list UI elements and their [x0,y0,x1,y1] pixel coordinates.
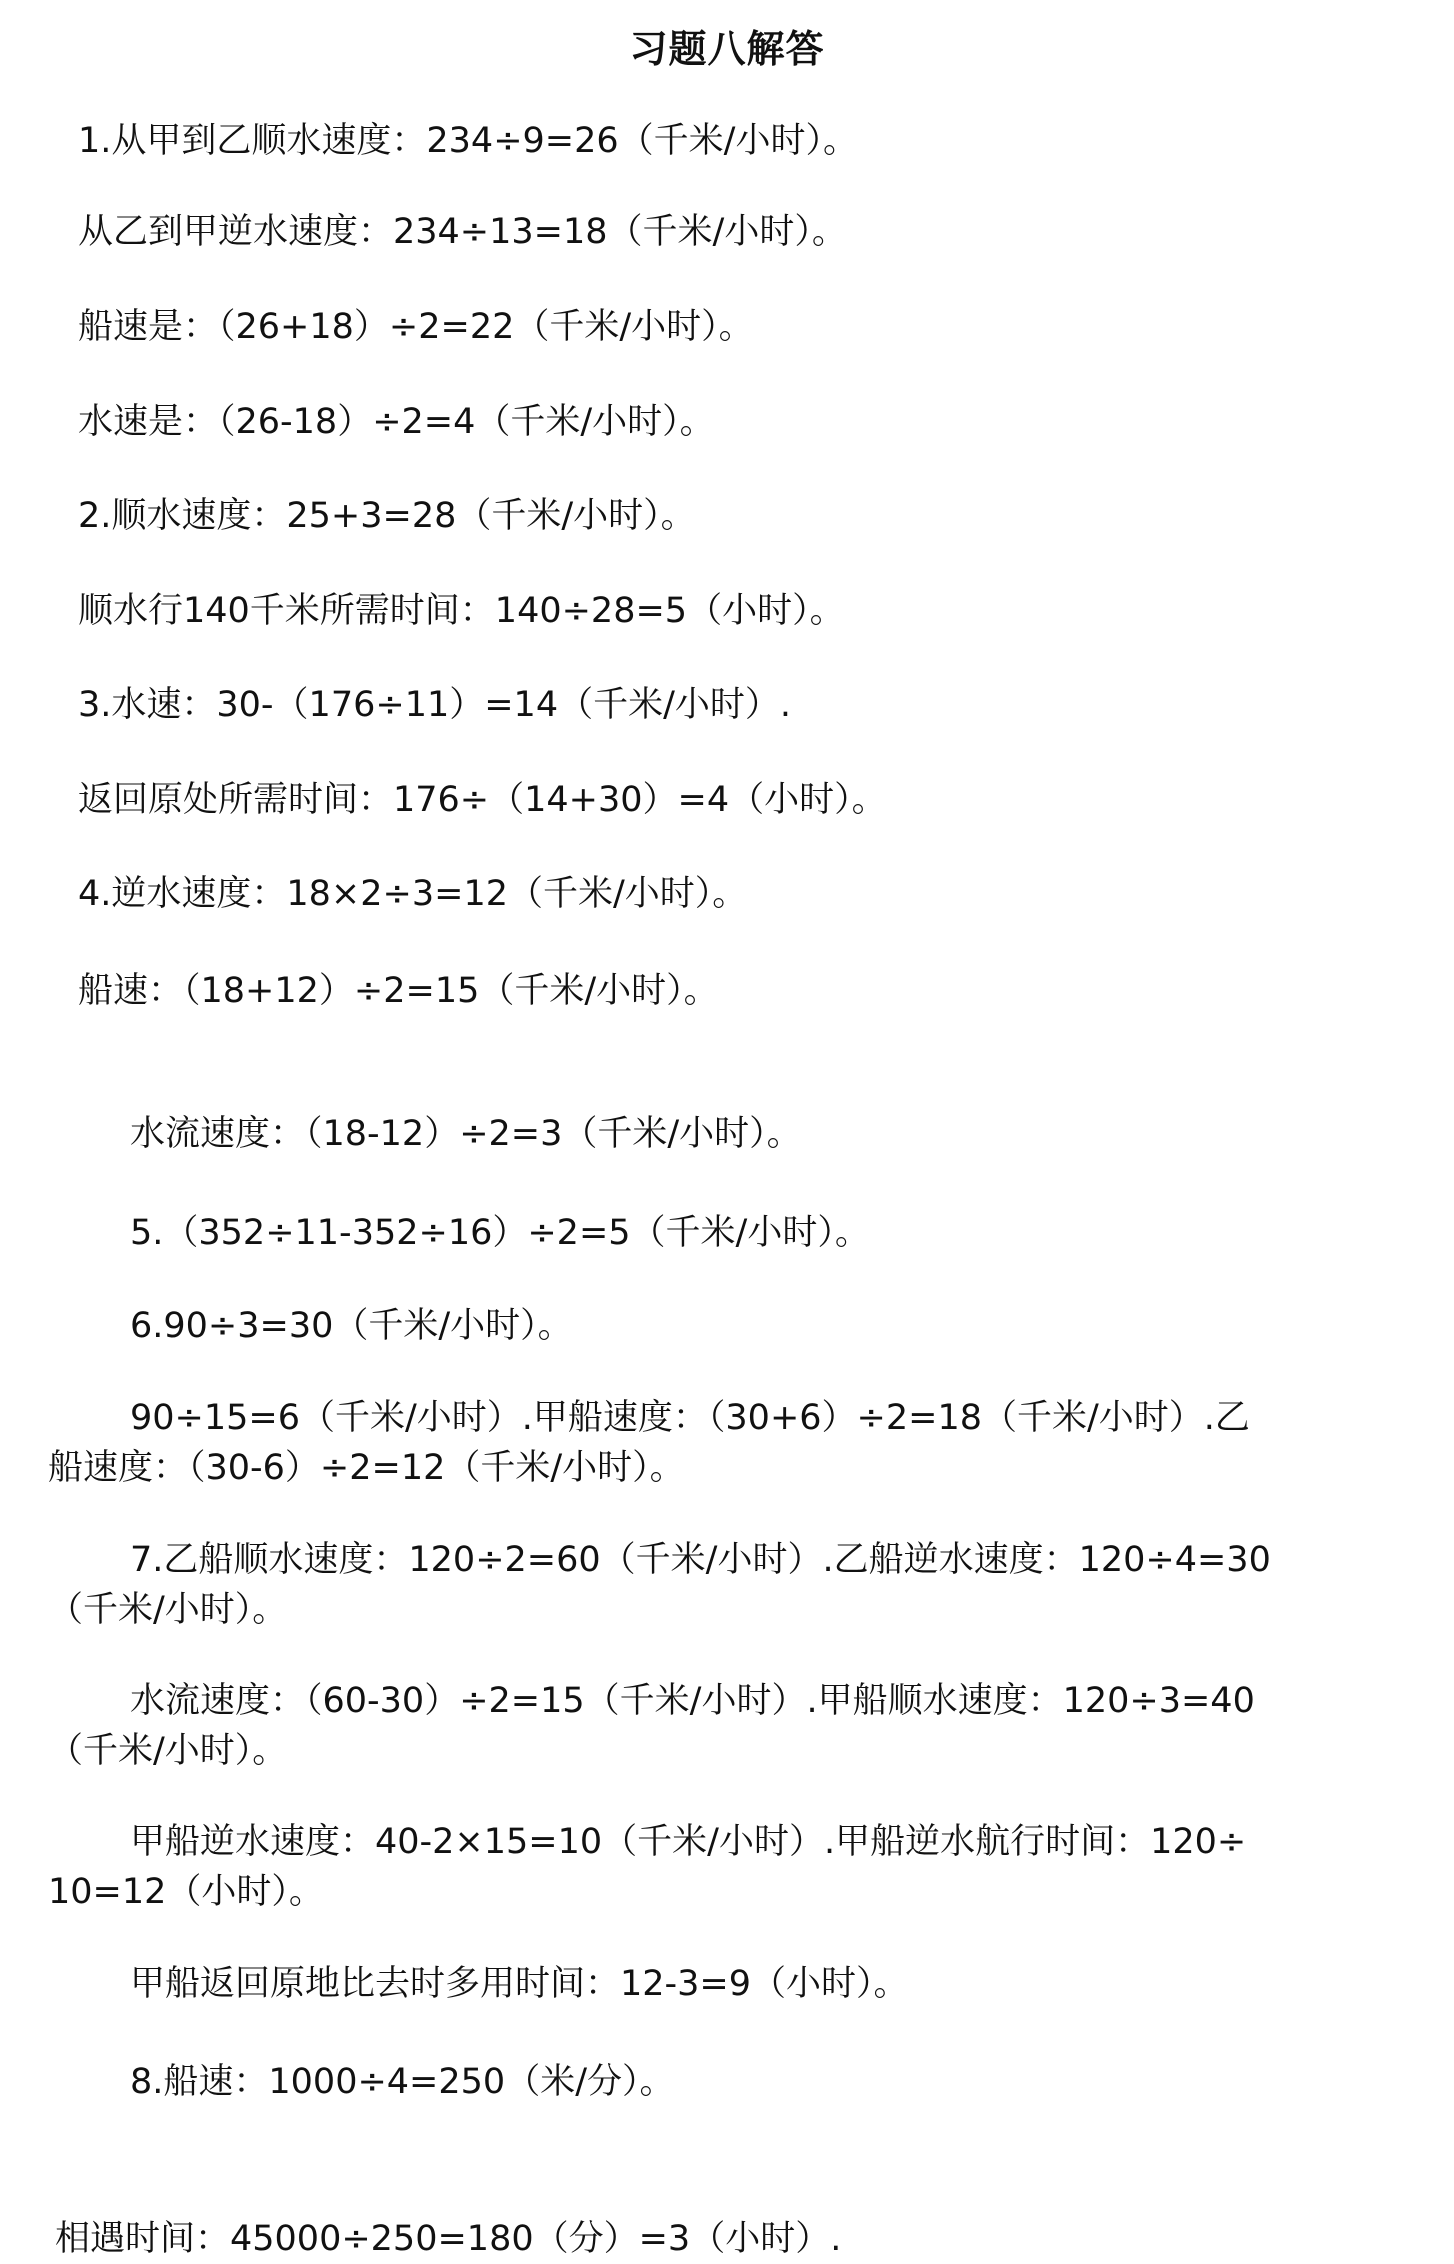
paragraph-second-line: （千米/小时）。 [48,1585,1448,1635]
answer-paragraph: 7.乙船顺水速度：120÷2=60（千米/小时）.乙船逆水速度：120÷4=30… [48,1535,1448,1635]
answer-line: 1.从甲到乙顺水速度：234÷9=26（千米/小时）。 [78,117,858,165]
paragraph-first-line: 7.乙船顺水速度：120÷2=60（千米/小时）.乙船逆水速度：120÷4=30 [48,1535,1448,1585]
answer-line: 5.（352÷11-352÷16）÷2=5（千米/小时）。 [130,1209,870,1257]
answer-line: 8.船速：1000÷4=250（米/分）。 [130,2058,674,2106]
answer-line: 水速是：（26-18）÷2=4（千米/小时）。 [78,398,715,446]
paragraph-first-line: 90÷15=6（千米/小时）.甲船速度：（30+6）÷2=18（千米/小时）.乙 [48,1393,1448,1443]
answer-line: 船速：（18+12）÷2=15（千米/小时）。 [78,967,719,1015]
answer-paragraph: 90÷15=6（千米/小时）.甲船速度：（30+6）÷2=18（千米/小时）.乙… [48,1393,1448,1493]
answer-line: 船速是：（26+18）÷2=22（千米/小时）。 [78,303,754,351]
page-title: 习题八解答 [0,18,1454,73]
answer-line: 顺水行140千米所需时间：140÷28=5（小时）。 [78,587,845,635]
paragraph-first-line: 甲船逆水速度：40-2×15=10（千米/小时）.甲船逆水航行时间：120÷ [48,1817,1448,1867]
answer-line: 返回原处所需时间：176÷（14+30）=4（小时）。 [78,776,887,824]
paragraph-second-line: 10=12（小时）。 [48,1867,1448,1917]
answer-line: 甲船返回原地比去时多用时间：12-3=9（小时）。 [130,1960,909,2008]
paragraph-first-line: 水流速度：（60-30）÷2=15（千米/小时）.甲船顺水速度：120÷3=40 [48,1676,1448,1726]
answer-paragraph: 水流速度：（60-30）÷2=15（千米/小时）.甲船顺水速度：120÷3=40… [48,1676,1448,1776]
answer-paragraph: 甲船逆水速度：40-2×15=10（千米/小时）.甲船逆水航行时间：120÷ 1… [48,1817,1448,1917]
answer-line: 水流速度：（18-12）÷2=3（千米/小时）。 [130,1110,802,1158]
answer-line: 从乙到甲逆水速度：234÷13=18（千米/小时）。 [78,208,847,256]
paragraph-second-line: 船速度：（30-6）÷2=12（千米/小时）。 [48,1443,1448,1493]
paragraph-second-line: （千米/小时）。 [48,1726,1448,1776]
answer-line: 4.逆水速度：18×2÷3=12（千米/小时）。 [78,870,747,918]
answer-line: 2.顺水速度：25+3=28（千米/小时）。 [78,492,696,540]
answer-line: 6.90÷3=30（千米/小时）。 [130,1302,573,1350]
answer-line: 3.水速：30-（176÷11）=14（千米/小时）. [78,681,791,729]
answer-line: 相遇时间：45000÷250=180（分）=3（小时）. [55,2215,841,2263]
